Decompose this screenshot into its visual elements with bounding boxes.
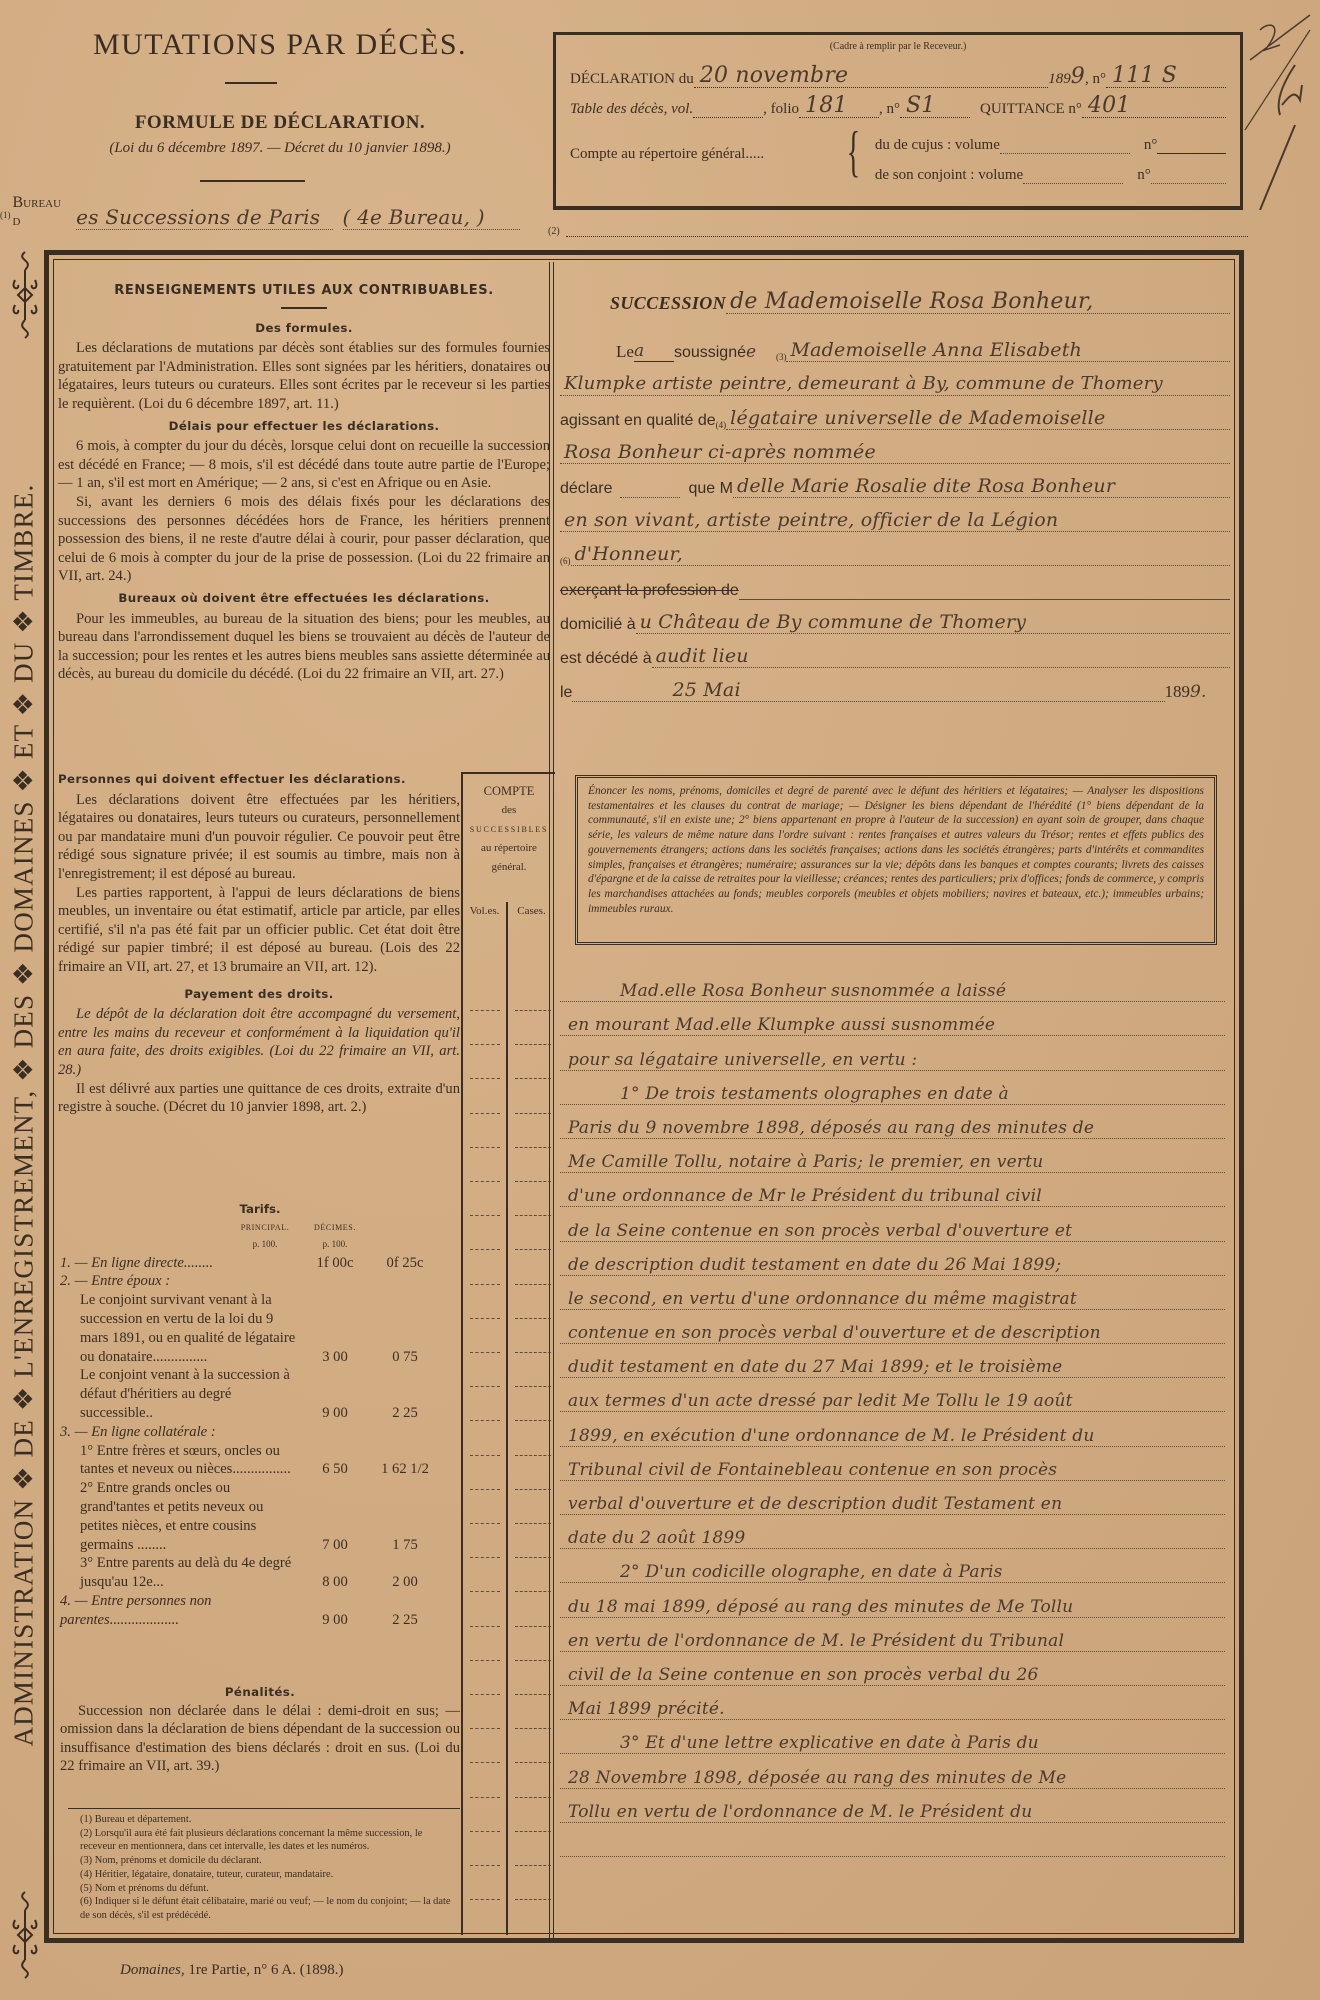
tarif-row: 4. — Entre personnes non parentes.......… [60,1592,460,1630]
tarif-label: 2. — Entre époux : [60,1272,300,1291]
compte-volume-entry[interactable] [470,1591,500,1592]
compte-case-entry[interactable] [515,1728,551,1729]
handwritten-line[interactable]: du 18 mai 1899, déposé au rang des minut… [560,1583,1225,1617]
compte-case-entry[interactable] [515,1044,551,1045]
section-text: Les déclarations de mutations par décès … [58,339,550,413]
note-2-field[interactable] [566,226,1248,237]
declare-blank[interactable] [620,497,680,498]
soussigne-label: soussigné [674,344,746,362]
declarant-details[interactable]: Klumpke artiste peintre, demeurant à By,… [560,373,1230,396]
declare-line: déclare que M delle Marie Rosalie dite R… [560,464,1230,498]
compte-volume-entry[interactable] [470,1249,500,1250]
compte-successibles: COMPTE des SUCCESSIBLES au répertoire gé… [461,772,555,1935]
footnote-marker: (3) [776,352,787,362]
compte-volume-entry[interactable] [470,1318,500,1319]
footnote: (5) Nom et prénoms du défunt. [68,1882,460,1896]
tarif-row: 2. — Entre époux : [60,1272,460,1291]
col-cases: Cases. [508,905,555,917]
tarif-row: 3° Entre parents au delà du 4e degré jus… [60,1554,460,1592]
footnote: (4) Héritier, légataire, donataire, tute… [68,1868,460,1882]
conjoint-volume[interactable] [1023,183,1123,184]
conjoint-no-field[interactable] [1151,183,1226,184]
defunt-status[interactable]: d'Honneur, [571,543,1231,566]
de-cujus-label: du de cujus : volume [875,137,1000,154]
section-heading: Des formules. [58,319,550,338]
declaration-section: SUCCESSION de Mademoiselle Rosa Bonheur,… [560,280,1230,702]
tarif-decimes: 2 00 [370,1573,440,1592]
section-heading: Bureaux où doivent être effectuées les d… [58,589,550,608]
tarifs-heading: Tarifs. [130,1200,390,1219]
section-text: Les parties rapportent, à l'appui de leu… [58,884,460,977]
tarif-row: Le conjoint venant à la succession à déf… [60,1366,460,1422]
defunt-line-2: en son vivant, artiste peintre, officier… [560,498,1230,532]
compte-case-entry[interactable] [515,1113,551,1114]
section-text: Si, avant les derniers 6 mois des délais… [58,493,550,586]
declarant-name[interactable]: Mademoiselle Anna Elisabeth [786,339,1230,362]
compte-volume-entry[interactable] [470,1010,500,1011]
folio-label: , folio [763,101,799,118]
handwritten-line[interactable]: Tribunal civil de Fontainebleau contenue… [560,1447,1225,1481]
profession-value[interactable] [739,599,1230,600]
de-cujus-no-field[interactable] [1157,153,1226,154]
handwritten-line[interactable]: dudit testament en date du 27 Mai 1899; … [560,1344,1225,1378]
quittance-value[interactable]: 401 [1082,95,1226,118]
compte-case-entry[interactable] [515,1591,551,1592]
compte-volume-entry[interactable] [470,1557,500,1558]
compte-volume-entry[interactable] [470,1523,500,1524]
handwritten-line[interactable]: Tollu en vertu de l'ordonnance de M. le … [560,1789,1225,1823]
compte-line: SUCCESSIBLES [463,820,555,839]
section-text: Les déclarations doivent être effectuées… [58,791,460,884]
footnote: (6) Indiquer si le défunt était célibata… [68,1895,460,1922]
domicile-value[interactable]: u Château de By commune de Thomery [636,611,1230,634]
succession-label: SUCCESSION [610,293,726,314]
table-vol-field[interactable] [693,117,763,118]
tarif-principal: 3 00 [300,1348,370,1367]
compte-volume-entry[interactable] [470,1626,500,1627]
compte-case-entry[interactable] [515,1660,551,1661]
compte-case-entry[interactable] [515,1626,551,1627]
deces-label: est décédé à [560,650,652,668]
tarif-label: 3. — En ligne collatérale : [60,1423,300,1442]
handwritten-line[interactable]: Paris du 9 novembre 1898, déposés au ran… [560,1105,1225,1139]
tarif-label: Le conjoint venant à la succession à déf… [60,1366,300,1422]
section-text: Il est délivré aux parties une quittance… [58,1080,460,1117]
succession-line: SUCCESSION de Mademoiselle Rosa Bonheur, [560,280,1230,314]
instructions-box: Énoncer les noms, prénoms, domiciles et … [575,775,1217,945]
compte-case-entry[interactable] [515,1523,551,1524]
compte-volume-entry[interactable] [470,1113,500,1114]
title-rule [200,180,305,182]
compte-case-entry[interactable] [515,1455,551,1456]
section-text: Succession non déclarée dans le délai : … [60,1702,460,1776]
unit-principal: p. 100. [230,1235,300,1254]
compte-case-entry[interactable] [515,1284,551,1285]
deces-date-line: le 25 Mai 189 9. [560,668,1230,702]
compte-volume-entry[interactable] [470,1694,500,1695]
folio-no-value[interactable]: S1 [900,95,970,118]
domicile-label: domicilié à [560,616,636,634]
compte-case-entry[interactable] [515,1147,551,1148]
bureau-number[interactable]: ( 4e Bureau, ) [343,205,520,230]
tarif-decimes: 2 25 [370,1404,440,1423]
compte-volume-entry[interactable] [470,1215,500,1216]
compte-case-entry[interactable] [515,1420,551,1421]
folio-no-label: , n° [879,101,900,118]
compte-volume-entry[interactable] [470,1284,500,1285]
soussigne-suffix[interactable]: e [746,342,776,362]
handwritten-line[interactable]: verbal d'ouverture et de description dud… [560,1481,1225,1515]
handwritten-line[interactable]: aux termes d'un acte dressé par ledit Me… [560,1378,1225,1412]
handwritten-line[interactable]: 2° D'un codicille olographe, en date à P… [560,1549,1225,1583]
conjoint-no-label: n° [1137,167,1151,184]
section-heading: Pénalités. [60,1683,460,1702]
ornament-icon [10,250,40,340]
compte-case-entry[interactable] [515,1215,551,1216]
defunt-name[interactable]: delle Marie Rosalie dite Rosa Bonheur [733,475,1230,498]
compte-case-entry[interactable] [515,1318,551,1319]
tarif-principal: 1f 00c [300,1254,370,1273]
bureau-value[interactable]: es Successions de Paris [76,205,332,230]
footnote-marker: (6) [560,556,571,566]
footnote: (3) Nom, prénoms et domicile du déclaran… [68,1854,460,1868]
compte-case-entry[interactable] [515,1694,551,1695]
handwritten-line[interactable]: de description dudit testament en date d… [560,1242,1225,1276]
footer-italic: Domaines, [120,1962,185,1978]
compte-volume-entry[interactable] [470,1181,500,1182]
declaration-number[interactable]: 111 S [1106,65,1226,88]
date-label: le [560,684,572,702]
tarif-decimes: 2 25 [370,1611,440,1630]
tarif-label: 1° Entre frères et sœurs, oncles ou tant… [60,1442,300,1480]
conjoint-label: de son conjoint : volume [875,167,1023,184]
tarif-label: 2° Entre grands oncles ou grand'tantes e… [60,1479,300,1554]
section-text: Le dépôt de la déclaration doit être acc… [58,1005,460,1079]
de-cujus-no-label: n° [1144,137,1158,154]
compte-line: des [463,801,555,820]
compte-volume-entry[interactable] [470,1147,500,1148]
compte-title: COMPTE [463,782,555,801]
footnotes: (1) Bureau et département. (2) Lorsqu'il… [68,1808,460,1923]
ornament-icon [10,1890,40,1980]
info-column: RENSEIGNEMENTS UTILES AUX CONTRIBUABLES.… [58,270,550,684]
col-volumes: Vol.es. [461,905,508,917]
compte-volume-entry[interactable] [470,1831,500,1832]
footer-text: 1re Partie, n° 6 A. (1898.) [185,1962,344,1978]
handwritten-line[interactable]: Me Camille Tollu, notaire à Paris; le pr… [560,1139,1225,1173]
tarif-principal: 7 00 [300,1536,370,1555]
compte-case-entry[interactable] [515,1865,551,1866]
handwritten-line[interactable]: civil de la Seine contenue en son procès… [560,1652,1225,1686]
handwritten-line[interactable]: Mad.elle Rosa Bonheur susnommée a laissé [560,968,1225,1002]
year-prefix: 189 [1165,682,1191,702]
defunt-details[interactable]: en son vivant, artiste peintre, officier… [560,509,1230,532]
law-reference: (Loi du 6 décembre 1897. — Décret du 10 … [60,140,500,157]
handwritten-line[interactable]: Mai 1899 précité. [560,1686,1225,1720]
tarif-principal: 9 00 [300,1404,370,1423]
receveur-box: (Cadre à remplir par le Receveur.) DÉCLA… [553,32,1243,210]
compte-case-entry[interactable] [515,1181,551,1182]
section-heading: Payement des droits. [58,985,460,1004]
qualite-value[interactable]: légataire universelle de Mademoiselle [726,407,1230,430]
table-deces-label: Table des décès, vol. [570,101,693,118]
handwritten-line[interactable]: contenue en son procès verbal d'ouvertur… [560,1310,1225,1344]
compte-volume-entry[interactable] [470,1420,500,1421]
receveur-note: (Cadre à remplir par le Receveur.) [570,41,1226,52]
compte-case-entry[interactable] [515,1797,551,1798]
quittance-label: QUITTANCE n° [980,101,1082,118]
section-heading: Personnes qui doivent effectuer les décl… [58,770,460,789]
profession-line: exerçant la profession de [560,566,1230,600]
year-prefix: 189 [1048,71,1071,88]
handwritten-line[interactable]: 28 Novembre 1898, déposée au rang des mi… [560,1754,1225,1788]
handwritten-line[interactable]: le second, en vertu d'une ordonnance du … [560,1276,1225,1310]
tarif-principal: 6 50 [300,1460,370,1479]
le-label: Le [616,342,634,362]
tarifs-units: p. 100. p. 100. [60,1238,370,1254]
persons-section: Personnes qui doivent effectuer les décl… [58,770,460,1117]
compte-volume-entry[interactable] [470,1660,500,1661]
handwritten-line[interactable]: en vertu de l'ordonnance de M. le Présid… [560,1618,1225,1652]
compte-volume-entry[interactable] [470,1899,500,1900]
deces-place-line: est décédé à audit lieu [560,634,1230,668]
qualite-line: agissant en qualité de (4) légataire uni… [560,396,1230,430]
compte-case-entry[interactable] [515,1352,551,1353]
handwritten-line[interactable]: 1° De trois testaments olographes en dat… [560,1071,1225,1105]
tarifs-table: Tarifs. PRINCIPAL. DÉCIMES. p. 100. p. 1… [60,1200,460,1630]
tarif-row: 3. — En ligne collatérale : [60,1423,460,1442]
declare-label: déclare [560,480,612,498]
handwritten-line[interactable]: 1899, en exécution d'une ordonnance de M… [560,1412,1225,1446]
compte-volume-entry[interactable] [470,1489,500,1490]
compte-case-entry[interactable] [515,1010,551,1011]
declaration-row: DÉCLARATION du 20 novembre 189 9 , n° 11… [570,58,1226,88]
footnote: (1) Bureau et département. [68,1813,460,1827]
table-deces-row: Table des décès, vol. , folio 181 , n° S… [570,88,1226,118]
compte-volume-entry[interactable] [470,1455,500,1456]
compte-volume-entry[interactable] [470,1386,500,1387]
de-cujus-row: du de cujus : volume n° [875,124,1226,154]
info-title: RENSEIGNEMENTS UTILES AUX CONTRIBUABLES. [58,282,550,301]
handwritten-line[interactable]: en mourant Mad.elle Klumpke aussi susnom… [560,1002,1225,1036]
profession-label: exerçant la profession de [560,582,739,600]
title-rule [281,307,327,309]
form-reference: Domaines, 1re Partie, n° 6 A. (1898.) [120,1962,520,1979]
tarif-decimes: 0 75 [370,1348,440,1367]
qualite-line-2: Rosa Bonheur ci-après nommée [560,430,1230,464]
compte-volume-entry[interactable] [470,1728,500,1729]
compte-header: COMPTE des SUCCESSIBLES au répertoire gé… [463,774,555,877]
handwritten-line[interactable]: pour sa légataire universelle, en vertu … [560,1036,1225,1070]
handwritten-line[interactable]: date du 2 août 1899 [560,1515,1225,1549]
compte-line: général. [463,858,555,877]
year-suffix[interactable]: 9. [1190,682,1230,702]
domicile-line: domicilié à u Château de By commune de T… [560,600,1230,634]
compte-case-entry[interactable] [515,1557,551,1558]
brace-icon: { [847,124,860,184]
unit-decimes: p. 100. [300,1235,370,1254]
margin-initials-icon [1240,10,1315,210]
tarif-row: 1° Entre frères et sœurs, oncles ou tant… [60,1442,460,1480]
handwritten-line[interactable]: de la Seine contenue en son procès verba… [560,1207,1225,1241]
compte-case-entry[interactable] [515,1386,551,1387]
defunt-line-3: (6) d'Honneur, [560,532,1230,566]
handwritten-line[interactable]: 3° Et d'une lettre explicative en date à… [560,1720,1225,1754]
footnote-marker: (1) [0,210,11,220]
compte-volume-entry[interactable] [470,1352,500,1353]
handwritten-line[interactable] [560,1823,1225,1857]
de-cujus-volume[interactable] [1000,153,1130,154]
tarif-row: 1. — En ligne directe........ 1f 00c 0f … [60,1254,460,1273]
compte-volume-entry[interactable] [470,1044,500,1045]
section-heading: Délais pour effectuer les déclarations. [58,417,550,436]
tarif-decimes: 1 75 [370,1536,440,1555]
declaration-label: DÉCLARATION du [570,71,694,88]
tarif-label: 4. — Entre personnes non parentes.......… [60,1592,300,1630]
conjoint-row: de son conjoint : volume n° [875,154,1226,184]
note-2-line: (2) [548,226,1248,237]
compte-line: au répertoire [463,839,555,858]
bureau-field: (1) Bureau d es Successions de Paris ( 4… [0,200,520,230]
qualite-label: agissant en qualité de [560,412,716,430]
declaration-body: Mad.elle Rosa Bonheur susnommée a laissé… [560,968,1225,1857]
section-text: 6 mois, à compter du jour du décès, lors… [58,437,550,493]
tarif-label: 1. — En ligne directe........ [60,1254,300,1273]
compte-volume-entry[interactable] [470,1797,500,1798]
year-suffix[interactable]: 9 [1071,66,1085,88]
compte-case-entry[interactable] [515,1489,551,1490]
gender-mark[interactable]: a [634,341,674,362]
form-subtitle: FORMULE DE DÉCLARATION. [60,112,500,134]
footnote-marker: (4) [716,420,727,430]
bureau-label: Bureau d [13,194,73,230]
side-banner-text: ADMINISTRATION ❖ DE ❖ L'ENREGISTREMENT, … [9,484,40,1747]
compte-case-entry[interactable] [515,1249,551,1250]
side-banner: ADMINISTRATION ❖ DE ❖ L'ENREGISTREMENT, … [4,250,44,1980]
compte-volume-entry[interactable] [470,1865,500,1866]
declarant-line-2: Klumpke artiste peintre, demeurant à By,… [560,362,1230,396]
tarif-decimes: 0f 25c [370,1254,440,1273]
numero-label: , n° [1085,71,1106,88]
tarif-principal: 9 00 [300,1611,370,1630]
compte-columns: Vol.es. Cases. [461,905,555,917]
form-title: MUTATIONS PAR DÉCÈS. [60,28,500,62]
footnote-marker: (2) [548,226,560,237]
penalites-section: Pénalités. Succession non déclarée dans … [60,1683,460,1776]
deces-date[interactable]: 25 Mai [572,679,1164,702]
title-rule [225,82,277,84]
section-text: Pour les immeubles, au bureau de la situ… [58,610,550,684]
folio-value[interactable]: 181 [799,95,879,118]
tarif-principal: 8 00 [300,1573,370,1592]
compte-case-entry[interactable] [515,1078,551,1079]
tarif-decimes: 1 62 1/2 [370,1460,440,1479]
que-label: que M [688,480,732,498]
qualite-value-2[interactable]: Rosa Bonheur ci-après nommée [560,441,1230,464]
compte-case-entry[interactable] [515,1831,551,1832]
compte-repertoire-label: Compte au répertoire général..... [570,146,840,163]
deces-place[interactable]: audit lieu [652,645,1230,668]
compte-volume-entry[interactable] [470,1078,500,1079]
repertoire-general: Compte au répertoire général..... { du d… [570,124,1226,184]
compte-case-entry[interactable] [515,1899,551,1900]
declaration-date[interactable]: 20 novembre [694,65,1049,88]
tarif-row: 2° Entre grands oncles ou grand'tantes e… [60,1479,460,1554]
compte-volume-entry[interactable] [470,1762,500,1763]
compte-divider [506,902,508,1935]
tarif-label: 3° Entre parents au delà du 4e degré jus… [60,1554,300,1592]
succession-value[interactable]: de Mademoiselle Rosa Bonheur, [726,291,1230,314]
handwritten-line[interactable]: d'une ordonnance de Mr le Président du t… [560,1173,1225,1207]
tarif-row: Le conjoint survivant venant à la succes… [60,1291,460,1366]
soussigne-line: Le a soussigné e (3) Mademoiselle Anna E… [560,328,1230,362]
tarif-label: Le conjoint survivant venant à la succes… [60,1291,300,1366]
footnote: (2) Lorsqu'il aura été fait plusieurs dé… [68,1827,460,1854]
compte-case-entry[interactable] [515,1762,551,1763]
